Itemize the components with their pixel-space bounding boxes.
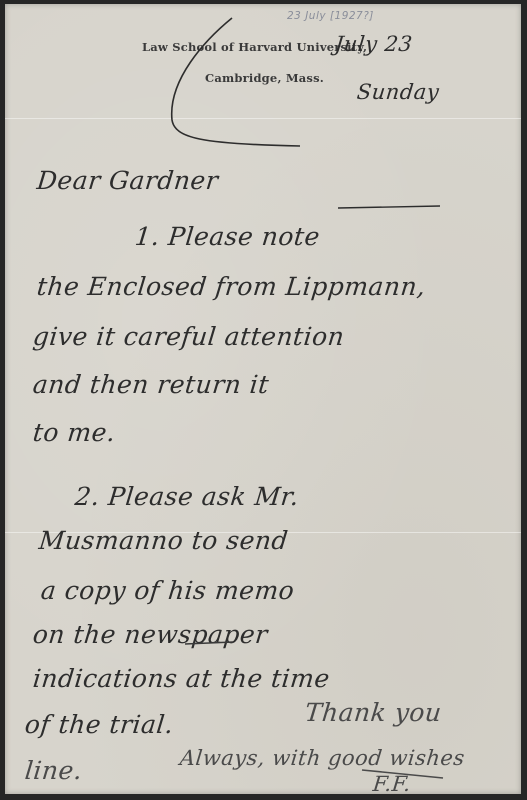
body-line: line. bbox=[23, 756, 83, 785]
closing-valediction: Always, with good wishes bbox=[179, 746, 466, 770]
body-line: give it careful attention bbox=[31, 322, 345, 351]
closing-thanks: Thank you bbox=[303, 698, 443, 727]
fold-line bbox=[5, 118, 521, 119]
body-line: a copy of his memo bbox=[39, 576, 295, 605]
signature: F.F. bbox=[372, 772, 412, 796]
body-line: 1. Please note bbox=[133, 222, 321, 251]
body-line: and then return it bbox=[31, 370, 270, 399]
salutation: Dear Gardner bbox=[35, 166, 219, 195]
letter-paper: 23 July [1927?] Law School of Harvard Un… bbox=[5, 4, 521, 794]
body-line: indications at the time bbox=[31, 664, 331, 693]
body-line: the Enclosed from Lippmann, bbox=[35, 272, 427, 301]
body-line: to me. bbox=[31, 418, 117, 447]
body-line: 2. Please ask Mr. bbox=[73, 482, 300, 511]
body-line: Musmanno to send bbox=[37, 526, 289, 555]
dateline-day: Sunday bbox=[356, 80, 441, 104]
letterhead-location: Cambridge, Mass. bbox=[205, 71, 324, 85]
body-line: of the trial. bbox=[23, 710, 175, 739]
dateline-date: July 23 bbox=[334, 32, 414, 56]
archival-date-note: 23 July [1927?] bbox=[287, 10, 374, 22]
body-line: on the newspaper bbox=[31, 620, 269, 649]
scan-frame: 23 July [1927?] Law School of Harvard Un… bbox=[0, 0, 527, 800]
